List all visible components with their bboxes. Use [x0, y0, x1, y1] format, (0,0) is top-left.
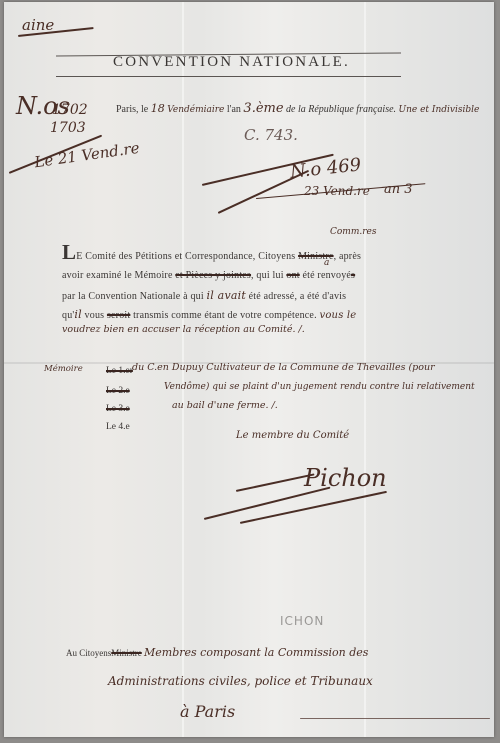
- enclosure-number: Le 4.e: [106, 422, 130, 432]
- body-line-3: par la Convention Nationale à qui il ava…: [62, 289, 346, 302]
- body-line-5: voudrez bien en accuser la réception au …: [62, 324, 305, 335]
- enclosure-number: Le 2.e: [106, 386, 130, 396]
- drop-cap: L: [62, 240, 76, 264]
- dateline-tail: Une et Indivisible: [399, 105, 480, 115]
- struck-text: Ministre: [111, 648, 142, 658]
- body-text: été renvoyé: [302, 270, 351, 281]
- pencil-note: ICHON: [280, 614, 324, 628]
- body-text: vous: [85, 310, 105, 321]
- header-title: CONVENTION NATIONALE.: [59, 54, 404, 71]
- address-prefix: Au Citoyens: [66, 648, 111, 658]
- dateline-day: 18: [151, 102, 165, 115]
- dateline-suffix: de la République française.: [286, 104, 396, 115]
- struck-text: et Pièces y jointes: [175, 270, 251, 281]
- body-text: transmis comme étant de votre compétence…: [133, 310, 317, 321]
- insert-above: Comm.res: [330, 227, 376, 237]
- registry-number: N.o 469: [289, 154, 362, 182]
- struck-text: s: [351, 270, 355, 281]
- struck-text: seroit: [107, 310, 130, 321]
- address-line-0: Au CitoyensMinistre Membres composant la…: [66, 646, 368, 659]
- enclosure-number: Le 1.er: [106, 366, 133, 376]
- handwritten-insert: il: [74, 308, 81, 321]
- body-text: qu': [62, 310, 74, 321]
- dateline-month: Vendémiaire: [167, 105, 224, 115]
- dateline-year: 3.ème: [243, 101, 283, 116]
- address-line-1: Membres composant la Commission des: [144, 646, 368, 659]
- reference-mark: C. 743.: [244, 126, 298, 144]
- address-line-3: à Paris: [180, 702, 235, 721]
- body-text: , après: [334, 251, 362, 262]
- body-text: été adressé, a été d'avis: [249, 291, 347, 302]
- document-page: aine CONVENTION NATIONALE. N.os 1702 170…: [4, 2, 494, 737]
- body-line-1: LE Comité des Pétitions et Correspondanc…: [62, 242, 361, 263]
- address-underline: [300, 718, 490, 719]
- enclosure-text: du C.en Dupuy Cultivateur de la Commune …: [132, 362, 435, 373]
- body-line-4: qu'il vous seroit transmis comme étant d…: [62, 308, 356, 321]
- struck-text: ont: [286, 270, 299, 281]
- insert-above: a: [324, 258, 329, 268]
- dateline-prefix: Paris, le: [116, 104, 148, 115]
- body-text: par la Convention Nationale à qui: [62, 291, 204, 302]
- handwritten-insert: vous le: [319, 310, 356, 321]
- signature-name: Pichon: [304, 464, 387, 492]
- signature-flourish: [236, 473, 315, 491]
- body-text: , qui lui: [251, 270, 284, 281]
- enclosure-text: Vendôme) qui se plaint d'un jugement ren…: [164, 382, 475, 392]
- handwritten-insert: il avait: [207, 289, 246, 302]
- signature-flourish: [204, 487, 331, 520]
- enclosure-text: au bail d'une ferme. /.: [172, 400, 278, 411]
- dateline: Paris, le 18 Vendémiaire l'an 3.ème de l…: [116, 101, 479, 116]
- number-1702: 1702: [52, 102, 88, 118]
- dateline-year-label: l'an: [227, 104, 241, 115]
- body-line-2: avoir examiné le Mémoire et Pièces y joi…: [62, 270, 355, 281]
- body-text: E Comité des Pétitions et Correspondance…: [76, 251, 295, 262]
- address-line-2: Administrations civiles, police et Tribu…: [108, 674, 373, 688]
- signature-role: Le membre du Comité: [236, 430, 349, 441]
- title-rule-bottom: [56, 76, 401, 77]
- enclosure-number: Le 3.e: [106, 404, 130, 414]
- enclosures-label: Mémoire: [44, 364, 83, 374]
- number-1703: 1703: [50, 120, 86, 136]
- body-text: avoir examiné le Mémoire: [62, 270, 173, 281]
